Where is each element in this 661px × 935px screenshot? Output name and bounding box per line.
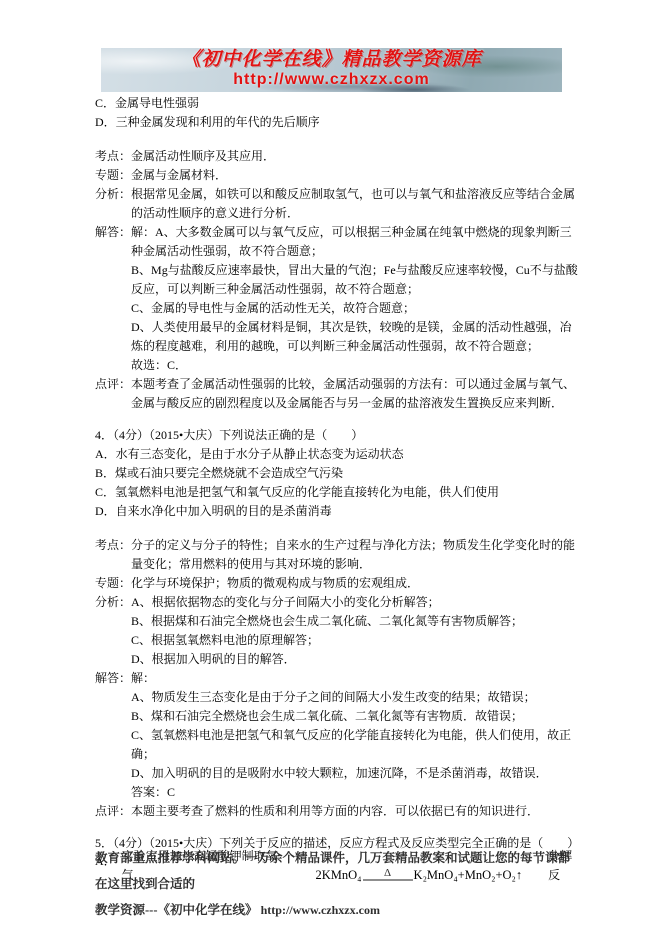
kaodian-label: 考点： — [95, 147, 131, 166]
jieda-line: B、煤和石油完全燃烧也会生成二氧化硫、二氧化氮等有害物质．故错误； — [131, 707, 582, 726]
zhuanti-text: 化学与环境保护；物质的微观构成与物质的宏观组成． — [131, 574, 582, 593]
page-footer: 教育部重点推荐学科网站。一万余个精品课件，几万套精品教案和试题让您的每节课都在这… — [95, 845, 573, 923]
fenxi-line: D、根据加入明矾的目的解答． — [131, 650, 582, 669]
jieda-label: 解答： — [95, 669, 131, 688]
zhuanti-label: 专题： — [95, 574, 131, 593]
fenxi-line: A、根据依据物态的变化与分子间隔大小的变化分析解答； — [131, 593, 582, 612]
q4-zhuanti-row: 专题： 化学与环境保护；物质的微观构成与物质的宏观组成． — [95, 574, 582, 593]
footer-line2-text: 教学资源---《初中化学在线》 — [95, 903, 258, 917]
fenxi-label: 分析： — [95, 593, 131, 612]
q3-fenxi-row: 分析： 根据常见金属，如铁可以和酸反应制取氢气，也可以与氧气和盐溶液反应等结合金… — [95, 185, 582, 223]
fenxi-content: A、根据依据物态的变化与分子间隔大小的变化分析解答； B、根据煤和石油完全燃烧也… — [131, 593, 582, 669]
q4-option-a: A．水有三态变化，是由于水分子从静止状态变为运动状态 — [95, 445, 582, 464]
footer-line1: 教育部重点推荐学科网站。一万余个精品课件，几万套精品教案和试题让您的每节课都在这… — [95, 845, 573, 897]
footer-url-link[interactable]: http://www.czhxzx.com — [261, 903, 380, 917]
document-body: C．金属导电性强弱 D．三种金属发现和利用的年代的先后顺序 考点： 金属活动性顺… — [95, 94, 582, 885]
q4-title: 4．（4分）（2015•大庆）下列说法正确的是（ ） — [95, 426, 582, 445]
fenxi-line: C、根据氢氧燃料电池的原理解答； — [131, 631, 582, 650]
jieda-answer: 故选：C． — [131, 356, 582, 375]
jieda-answer: 答案：C — [131, 783, 582, 802]
fenxi-label: 分析： — [95, 185, 131, 204]
banner-title: 《初中化学在线》精品教学资源库 — [101, 49, 562, 71]
jieda-line: D、加入明矾的目的是吸附水中较大颗粒，加速沉降，不是杀菌消毒，故错误． — [131, 764, 582, 783]
kaodian-label: 考点： — [95, 536, 131, 555]
q4-option-c: C．氢氧燃料电池是把氢气和氧气反应的化学能直接转化为电能，供人们使用 — [95, 483, 582, 502]
banner-url-link[interactable]: http://www.czhxzx.com — [101, 70, 562, 90]
jieda-line: C、金属的导电性与金属的活动性无关，故符合题意； — [131, 299, 582, 318]
fenxi-text: 根据常见金属，如铁可以和酸反应制取氢气，也可以与氧气和盐溶液反应等结合金属的活动… — [131, 185, 582, 223]
dianping-label: 点评： — [95, 802, 131, 821]
q4-option-d: D．自来水净化中加入明矾的目的是杀菌消毒 — [95, 502, 582, 521]
jieda-label: 解答： — [95, 223, 131, 242]
jieda-line: B、Mg与盐酸反应速率最快，冒出大量的气泡；Fe与盐酸反应速率较慢，Cu不与盐酸… — [131, 261, 582, 299]
q3-kaodian-row: 考点： 金属活动性顺序及其应用． — [95, 147, 582, 166]
q4-dianping-row: 点评： 本题主要考查了燃料的性质和利用等方面的内容．可以依据已有的知识进行． — [95, 802, 582, 821]
q4-jieda-row: 解答： 解： A、物质发生三态变化是由于分子之间的间隔大小发生改变的结果；故错误… — [95, 669, 582, 802]
q3-jieda-row: 解答： 解：A、大多数金属可以与氧气反应，可以根据三种金属在纯氧中燃烧的现象判断… — [95, 223, 582, 375]
dianping-label: 点评： — [95, 375, 131, 394]
jieda-line: A、物质发生三态变化是由于分子之间的间隔大小发生改变的结果；故错误； — [131, 688, 582, 707]
jieda-content: 解：A、大多数金属可以与氧气反应，可以根据三种金属在纯氧中燃烧的现象判断三种金属… — [131, 223, 582, 375]
site-banner: 《初中化学在线》精品教学资源库 http://www.czhxzx.com — [101, 48, 562, 92]
jieda-line: 解：A、大多数金属可以与氧气反应，可以根据三种金属在纯氧中燃烧的现象判断三种金属… — [131, 223, 582, 261]
q3-option-c: C．金属导电性强弱 — [95, 94, 582, 113]
q3-option-d: D．三种金属发现和利用的年代的先后顺序 — [95, 113, 582, 132]
q4-fenxi-row: 分析： A、根据依据物态的变化与分子间隔大小的变化分析解答； B、根据煤和石油完… — [95, 593, 582, 669]
q3-dianping-row: 点评： 本题考查了金属活动性强弱的比较，金属活动强弱的方法有：可以通过金属与氧气… — [95, 375, 582, 413]
jieda-line: 解： — [131, 669, 582, 688]
dianping-text: 本题主要考查了燃料的性质和利用等方面的内容．可以依据已有的知识进行． — [131, 802, 582, 821]
footer-line2: 教学资源---《初中化学在线》 http://www.czhxzx.com — [95, 897, 573, 923]
kaodian-text: 分子的定义与分子的特性；自来水的生产过程与净化方法；物质发生化学变化时的能量变化… — [131, 536, 582, 574]
q4-option-b: B．煤或石油只要完全燃烧就不会造成空气污染 — [95, 464, 582, 483]
jieda-line: C、氢氧燃料电池是把氢气和氧气反应的化学能直接转化为电能，供人们使用，故正确； — [131, 726, 582, 764]
dianping-text: 本题考查了金属活动性强弱的比较，金属活动强弱的方法有：可以通过金属与氧气、金属与… — [131, 375, 582, 413]
fenxi-line: B、根据煤和石油完全燃烧也会生成二氧化硫、二氧化氮等有害物质解答； — [131, 612, 582, 631]
zhuanti-label: 专题： — [95, 166, 131, 185]
jieda-content: 解： A、物质发生三态变化是由于分子之间的间隔大小发生改变的结果；故错误； B、… — [131, 669, 582, 802]
q3-zhuanti-row: 专题： 金属与金属材料． — [95, 166, 582, 185]
kaodian-text: 金属活动性顺序及其应用． — [131, 147, 582, 166]
q4-kaodian-row: 考点： 分子的定义与分子的特性；自来水的生产过程与净化方法；物质发生化学变化时的… — [95, 536, 582, 574]
zhuanti-text: 金属与金属材料． — [131, 166, 582, 185]
jieda-line: D、人类使用最早的金属材料是铜，其次是铁，较晚的是镁，金属的活动性越强，冶炼的程… — [131, 318, 582, 356]
